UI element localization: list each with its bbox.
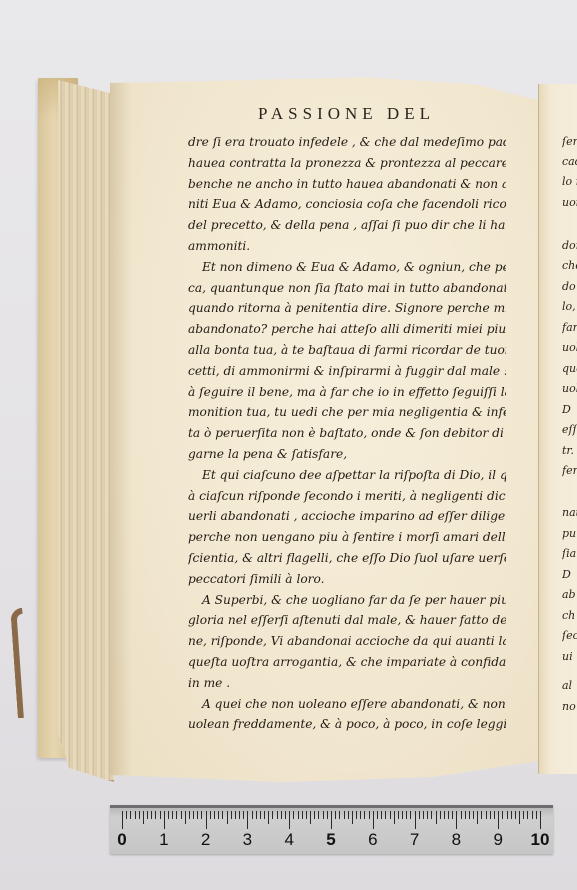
text-line: gloria nel eſſerſi aſtenuti dal male, & … bbox=[188, 610, 506, 631]
ruler-tick bbox=[247, 811, 248, 829]
ruler-label: 5 bbox=[326, 830, 335, 850]
ruler-tick bbox=[369, 811, 370, 819]
ruler-tick bbox=[289, 811, 290, 829]
ruler-tick bbox=[206, 811, 207, 829]
ruler-tick bbox=[281, 811, 282, 819]
ruler-tick bbox=[260, 811, 261, 819]
ruler-tick bbox=[406, 811, 407, 819]
ruler-tick bbox=[256, 811, 257, 819]
ruler-tick bbox=[473, 811, 474, 819]
right-page-fragment: pu bbox=[562, 524, 577, 545]
ruler-tick bbox=[436, 811, 437, 824]
ruler-tick bbox=[318, 811, 319, 819]
ruler-label: 4 bbox=[284, 830, 293, 850]
ruler-tick bbox=[222, 811, 223, 819]
ruler-tick bbox=[477, 811, 478, 824]
text-line: queſta uoſtra arrogantia, & che impariat… bbox=[188, 652, 506, 673]
ruler-tick bbox=[264, 811, 265, 819]
right-page-fragment: ch bbox=[562, 606, 577, 627]
ruler-tick bbox=[306, 811, 307, 819]
ruler-tick bbox=[243, 811, 244, 819]
ruler-tick bbox=[452, 811, 453, 819]
ruler-tick bbox=[239, 811, 240, 819]
ruler-tick bbox=[235, 811, 236, 819]
ruler-tick bbox=[143, 811, 144, 824]
text-line: à ciaſcun riſponde ſecondo i meriti, à n… bbox=[188, 486, 506, 507]
ruler-tick bbox=[344, 811, 345, 819]
ruler-tick bbox=[160, 811, 161, 819]
ruler-tick bbox=[519, 811, 520, 824]
ruler-tick bbox=[268, 811, 269, 824]
ruler-label: 6 bbox=[368, 830, 377, 850]
text-line: niti Eua & Adamo, conciosia coſa che fac… bbox=[188, 194, 506, 215]
ruler-tick bbox=[147, 811, 148, 819]
ruler-tick bbox=[277, 811, 278, 819]
right-page-fragment: don bbox=[562, 236, 577, 257]
ruler-tick bbox=[490, 811, 491, 819]
ruler-tick bbox=[415, 811, 416, 829]
ruler-tick bbox=[532, 811, 533, 819]
right-page-fragment: no bbox=[562, 697, 577, 718]
ruler-tick bbox=[373, 811, 374, 829]
ruler-tick bbox=[527, 811, 528, 819]
ruler-tick bbox=[252, 811, 253, 819]
ruler-tick bbox=[423, 811, 424, 819]
bookmark-ribbon bbox=[10, 608, 30, 719]
ruler-tick bbox=[327, 811, 328, 819]
ruler-tick bbox=[390, 811, 391, 819]
book-photo-scene: PASSIONE DEL dre ſi era trouato infedele… bbox=[0, 0, 577, 890]
ruler-label: 9 bbox=[493, 830, 502, 850]
text-line: haueа contratta la pronezza & prontezza … bbox=[188, 153, 506, 174]
text-line: peccatori ſimili à loro. bbox=[188, 569, 506, 590]
right-page-fragment: fer bbox=[562, 461, 577, 482]
right-page-fragment: do bbox=[562, 277, 577, 298]
right-page-fragment: cad bbox=[562, 152, 577, 173]
text-line: A Superbi, & che uogliano far da ſe per … bbox=[188, 590, 506, 611]
ruler-tick bbox=[126, 811, 127, 819]
right-page-fragment: ſia bbox=[562, 544, 577, 565]
text-line: quando ritorna à penitentia dire. Signor… bbox=[188, 298, 506, 319]
text-line: ammoniti. bbox=[188, 236, 506, 257]
right-page-fragment: lo n bbox=[562, 172, 577, 193]
ruler-label: 7 bbox=[410, 830, 419, 850]
ruler-tick bbox=[335, 811, 336, 819]
ruler-tick bbox=[523, 811, 524, 819]
ruler-tick bbox=[331, 811, 332, 829]
ruler-tick bbox=[214, 811, 215, 819]
ruler-tick bbox=[155, 811, 156, 819]
ruler-tick bbox=[410, 811, 411, 819]
ruler-tick bbox=[419, 811, 420, 819]
ruler-tick bbox=[135, 811, 136, 819]
right-page-fragment: uol bbox=[562, 379, 577, 400]
right-page-fragment: ab bbox=[562, 585, 577, 606]
ruler-tick bbox=[193, 811, 194, 819]
ruler-tick bbox=[227, 811, 228, 824]
right-page-fragment: eſſ bbox=[562, 420, 577, 441]
right-page-fragment: al bbox=[562, 676, 577, 697]
ruler-label: 0 bbox=[117, 830, 126, 850]
ruler-tick bbox=[494, 811, 495, 819]
ruler-tick bbox=[352, 811, 353, 824]
right-page-fragment: far bbox=[562, 318, 577, 339]
ruler-tick bbox=[210, 811, 211, 819]
ruler-tick bbox=[310, 811, 311, 824]
ruler-tick bbox=[536, 811, 537, 819]
ruler-tick bbox=[139, 811, 140, 819]
right-page-fragment: que bbox=[562, 359, 577, 380]
text-line: del precetto, & della pena , aſſai ſi pu… bbox=[188, 215, 506, 236]
right-page-fragment: ſec bbox=[562, 626, 577, 647]
ruler-tick bbox=[444, 811, 445, 819]
ruler-tick bbox=[172, 811, 173, 819]
running-head: PASSIONE DEL bbox=[258, 104, 435, 124]
ruler-label: 1 bbox=[159, 830, 168, 850]
text-line: cetti, di ammonirmi & inſpirarmi à fuggi… bbox=[188, 361, 506, 382]
ruler-tick bbox=[314, 811, 315, 819]
ruler-tick bbox=[197, 811, 198, 819]
text-line: ta ò peruerſita non è baſtato, onde & ſo… bbox=[188, 423, 506, 444]
ruler-tick bbox=[427, 811, 428, 819]
page-text-block: dre ſi era trouato infedele , & che dal … bbox=[188, 132, 506, 735]
ruler-tick bbox=[448, 811, 449, 819]
ruler-tick bbox=[385, 811, 386, 819]
right-page-fragment: nat bbox=[562, 503, 577, 524]
ruler-tick bbox=[164, 811, 165, 829]
text-line: à ſeguire il bene, ma à far che io in ef… bbox=[188, 382, 506, 403]
text-line: Et non dimeno & Eua & Adamo, & ogniun, c… bbox=[188, 257, 506, 278]
text-line: uerli abandonati , accioche imparino ad … bbox=[188, 506, 506, 527]
ruler-label: 3 bbox=[243, 830, 252, 850]
ruler-tick bbox=[398, 811, 399, 819]
ruler-tick bbox=[168, 811, 169, 819]
ruler-tick bbox=[176, 811, 177, 819]
text-line: garne la pena & ſatisfare, bbox=[188, 444, 506, 465]
ruler-tick bbox=[348, 811, 349, 819]
text-line: alla bonta tua, à te baſtaua di farmi ri… bbox=[188, 340, 506, 361]
right-page-fragment: che bbox=[562, 256, 577, 277]
text-line: benche ne ancho in tutto haueа abandonat… bbox=[188, 174, 506, 195]
ruler-tick bbox=[185, 811, 186, 824]
ruler-tick bbox=[507, 811, 508, 819]
ruler-tick bbox=[540, 811, 541, 829]
ruler-tick bbox=[394, 811, 395, 824]
ruler-tick bbox=[298, 811, 299, 819]
ruler-tick bbox=[231, 811, 232, 819]
ruler-tick bbox=[377, 811, 378, 819]
ruler-tick bbox=[360, 811, 361, 819]
text-line: ne, riſponde, Vi abandonai accioche da q… bbox=[188, 631, 506, 652]
right-page-fragment: D bbox=[562, 565, 577, 586]
text-line: uolean freddamente, & à poco, à poco, in… bbox=[188, 714, 506, 735]
ruler-label: 10 bbox=[531, 830, 550, 850]
right-page-fragment: tr. bbox=[562, 441, 577, 462]
text-line: abandonato? perche hai atteſo alli dimer… bbox=[188, 319, 506, 340]
ruler-tick bbox=[465, 811, 466, 819]
right-page-fragment: lo, bbox=[562, 297, 577, 318]
ruler-tick bbox=[302, 811, 303, 819]
ruler-tick bbox=[181, 811, 182, 819]
text-line: perche non uengano piu à ſentire i morſi… bbox=[188, 527, 506, 548]
ruler-tick bbox=[498, 811, 499, 829]
ruler-tick bbox=[285, 811, 286, 819]
text-line: monition tua, tu uedi che per mia neglig… bbox=[188, 402, 506, 423]
ruler-tick bbox=[515, 811, 516, 819]
ruler-tick bbox=[402, 811, 403, 819]
ruler-label: 8 bbox=[452, 830, 461, 850]
right-page-fragment: uol bbox=[562, 338, 577, 359]
right-page-fragment: ſer bbox=[562, 132, 577, 153]
ruler-tick bbox=[130, 811, 131, 819]
ruler-tick bbox=[502, 811, 503, 819]
text-line: ca, quantunque non ſia ſtato mai in tutt… bbox=[188, 278, 506, 299]
right-page-fragment: uoi bbox=[562, 193, 577, 214]
ruler-tick bbox=[486, 811, 487, 819]
ruler-tick bbox=[511, 811, 512, 819]
ruler-tick bbox=[151, 811, 152, 819]
right-page-fragment: D bbox=[562, 400, 577, 421]
ruler-tick bbox=[364, 811, 365, 819]
ruler-tick bbox=[122, 811, 123, 829]
text-line: in me . bbox=[188, 673, 506, 694]
ruler-tick bbox=[323, 811, 324, 819]
ruler-tick bbox=[440, 811, 441, 819]
ruler-tick bbox=[356, 811, 357, 819]
text-line: ſcientia, & altri flagelli, che eſſo Dio… bbox=[188, 548, 506, 569]
ruler-tick bbox=[456, 811, 457, 829]
ruler-tick bbox=[293, 811, 294, 819]
ruler-tick bbox=[461, 811, 462, 819]
text-line: Et qui ciaſcuno dee aſpettar la riſpoſta… bbox=[188, 465, 506, 486]
text-line: dre ſi era trouato infedele , & che dal … bbox=[188, 132, 506, 153]
ruler-tick bbox=[469, 811, 470, 819]
page-block-fore-edge bbox=[58, 80, 114, 782]
text-line: A quei che non uoleano eſſere abandonati… bbox=[188, 694, 506, 715]
ruler-label: 2 bbox=[201, 830, 210, 850]
ruler-ticks bbox=[122, 811, 540, 831]
ruler-tick bbox=[481, 811, 482, 819]
scale-ruler: 012345678910 bbox=[110, 805, 553, 854]
ruler-tick bbox=[339, 811, 340, 819]
ruler-tick bbox=[218, 811, 219, 819]
ruler-tick bbox=[381, 811, 382, 819]
ruler-tick bbox=[201, 811, 202, 819]
ruler-tick bbox=[272, 811, 273, 819]
ruler-tick bbox=[431, 811, 432, 819]
right-page-fragment: ui bbox=[562, 647, 577, 668]
ruler-tick bbox=[189, 811, 190, 819]
